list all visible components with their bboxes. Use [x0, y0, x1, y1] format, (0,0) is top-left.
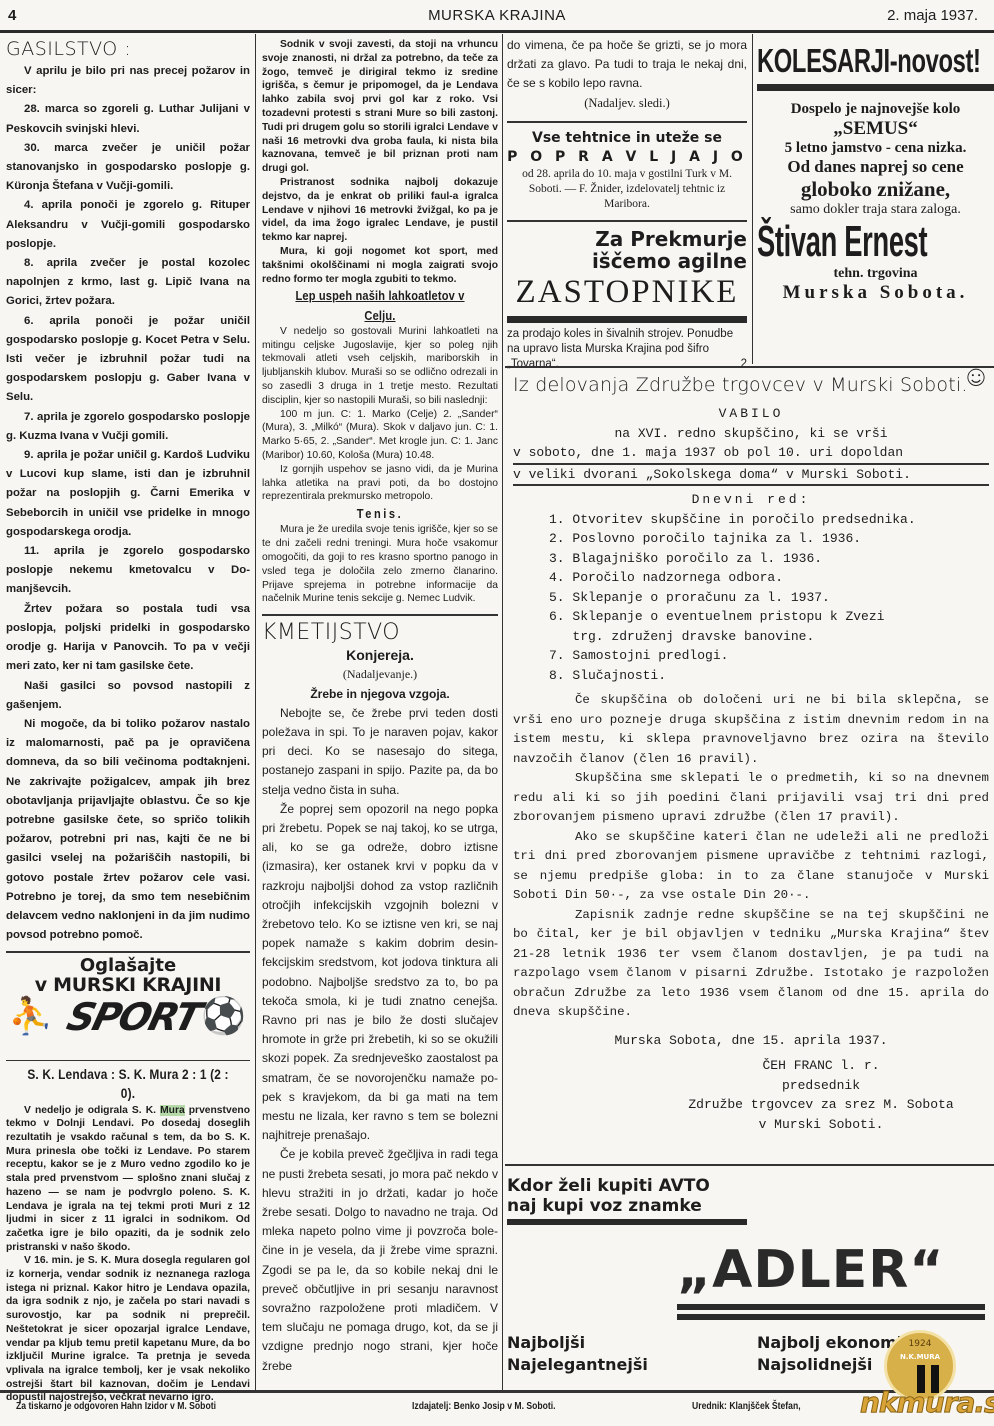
- ad-line: v MURSKI KRAJINI: [6, 976, 250, 996]
- paragraph: Če je kobila preveč žgečljiva in radi te…: [262, 1145, 498, 1375]
- paragraph: V nedeljo je odigrala S. K. Mura prven­s…: [6, 1104, 250, 1255]
- paragraph: V 16. min. je S. K. Mura dosegla regu­la…: [6, 1254, 250, 1405]
- column-divider: [255, 34, 256, 1390]
- ad-line: Kdor želi kupiti AVTO: [507, 1176, 989, 1196]
- invitation-line: v soboto, dne 1. maja 1937 ob pol 10. ur…: [513, 443, 989, 465]
- watermark-site: nkmura.si: [860, 1386, 994, 1419]
- notice-heading: Iz delovanja Združbe trgovcev v Murski S…: [513, 370, 989, 400]
- paragraph: 7. aprila je zgorelo gospodarsko poslopj…: [6, 408, 250, 446]
- agenda-list: 1. Otvoritev skupščine in poročilo preds…: [513, 510, 989, 686]
- sport-title: SPORT: [66, 1008, 202, 1027]
- continued-note: (Nadaljev. sledi.): [507, 94, 747, 113]
- signature-line: predsednik: [653, 1076, 989, 1096]
- paragraph: 9. aprila je požar uničil g. Kardoš Ludv…: [6, 446, 250, 542]
- divider: [505, 1164, 994, 1166]
- ad-line: Od danes naprej so cene: [757, 157, 994, 177]
- ad-headline: KOLESARJI-novost!: [757, 42, 928, 80]
- sport-banner: ⛹ SPORT ⚽: [6, 1002, 250, 1061]
- text: za prodajo koles in šivalnih strojev. Po…: [507, 328, 733, 370]
- agenda-item: 2. Poslovno poročilo tajnika za l. 1936.: [549, 529, 989, 549]
- gasilstvo-article: V aprilu je bilo pri nas precej po­žarov…: [6, 62, 250, 945]
- agenda-item: 3. Blagajniško poročilo za l. 1936.: [549, 549, 989, 569]
- ad-body: od 28. aprila do 10. maja v gostilni Tur…: [507, 167, 747, 212]
- paragraph: 8. aprila zvečer je postal kozolec napol…: [6, 254, 250, 312]
- paragraph: Če skupščina ob določeni uri ne bi bila …: [513, 691, 989, 769]
- section-heading-kmetijstvo: KMETIJSTVO: [262, 620, 498, 646]
- column-divider: [502, 34, 503, 1390]
- signature-line: Združbe trgovcev za srez M. Sobota: [653, 1095, 989, 1115]
- text: V nedeljo je odigrala S. K.: [24, 1105, 160, 1116]
- ad-brand: „ADLER“: [677, 1240, 944, 1300]
- nkmura-watermark[interactable]: 1924 N.K.MURA nkmura.si: [860, 1330, 990, 1426]
- agenda-item: 1. Otvoritev skupščine in poročilo preds…: [549, 510, 989, 530]
- paragraph: Zapisnik zadnje redne skupščine se na te…: [513, 906, 989, 1023]
- ad-kolesarji: KOLESARJI-novost! Dospelo je najnovejše …: [757, 36, 994, 304]
- kmetijstvo-article: Konjereja. (Nadaljevanje.) Žrebe in njeg…: [262, 646, 498, 1376]
- paragraph: 6. aprila ponoči je požar uničil gospoda…: [6, 312, 250, 408]
- ad-shop-name: Štivan Ernest: [757, 218, 904, 266]
- ad-line: Vse tehtnice in uteže se: [507, 129, 747, 148]
- divider: [6, 951, 250, 953]
- paragraph: Mura, ki goji nogomet kot sport, med tak…: [262, 245, 498, 286]
- invitation-line: v veliki dvorani „Sokolskega doma“ v Mur…: [513, 465, 989, 487]
- agenda-item: 8. Slučajnosti.: [549, 666, 989, 686]
- signature-block: ČEH FRANC l. r. predsednik Združbe trgov…: [513, 1056, 989, 1134]
- signature-line: v Murski Soboti.: [653, 1115, 989, 1135]
- paragraph: Iz gornjih uspehov se jasno vidi, da je …: [262, 463, 498, 504]
- invitation-title: VABILO: [513, 404, 989, 424]
- divider-bar: [507, 1219, 747, 1225]
- ad-line: 5 letno jamstvo - cena nizka.: [757, 140, 994, 157]
- paragraph: Že poprej sem opozoril na nego popka pri…: [262, 800, 498, 1146]
- ad-line: samo dokler traja stara zaloga.: [757, 202, 994, 218]
- ad-line: iščemo agilne: [507, 250, 747, 272]
- paragraph: 28. marca so zgoreli g. Luthar Ju­lijani…: [6, 100, 250, 138]
- tennis-heading: Tenis.: [280, 504, 481, 523]
- article-title: Konjereja.: [262, 646, 498, 665]
- section-heading-gasilstvo: GASILSTVO :: [6, 36, 250, 62]
- ad-claim: Najelegantnejši: [507, 1354, 648, 1376]
- ad-headline: ZASTOPNIKE: [507, 272, 747, 312]
- paragraph: Ni mogoče, da bi toliko požarov nastalo …: [6, 715, 250, 945]
- merchant-portrait-icon: ☺: [967, 370, 985, 390]
- paragraph: Sodnik v svoji zavesti, da stoji na vr­h…: [262, 38, 498, 176]
- ad-line: tehn. trgovina: [757, 266, 994, 282]
- agenda-item: 7. Samostojni predlogi.: [549, 646, 989, 666]
- masthead: 4 MURSKA KRAJINA 2. maja 1937.: [0, 0, 994, 33]
- publisher-credit: Izdajatelj: Benko Josip v M. Soboti.: [412, 1400, 556, 1412]
- ad-line: Dospelo je najnovejše kolo: [757, 101, 994, 118]
- issue-date: 2. maja 1937.: [887, 7, 978, 24]
- article-subheading: Žrebe in njegova vzgoja.: [262, 685, 498, 704]
- match-report-continued: Sodnik v svoji zavesti, da stoji na vr­h…: [262, 36, 498, 286]
- athletics-report: V nedeljo so gostovali Murini lahkoat­le…: [262, 325, 498, 504]
- ad-tehtnice: Vse tehtnice in uteže se P O P R A V L J…: [507, 129, 747, 212]
- paragraph: 30. marca zvečer je uničil požar stanova…: [6, 139, 250, 197]
- printer-credit: Za tiskarno je odgovoren Hahn Izidor v M…: [16, 1400, 216, 1412]
- paragraph: Skupščina sme sklepati le o predmetih, k…: [513, 769, 989, 828]
- article-subtitle: (Nadaljevanje.): [262, 665, 498, 684]
- paragraph: Nebojte se, če žrebe prvi teden dosti po…: [262, 704, 498, 800]
- editor-credit: Urednik: Klanjšček Štefan,: [692, 1400, 801, 1412]
- notice-body: Če skupščina ob določeni uri ne bi bila …: [513, 691, 989, 1023]
- match-report: V nedeljo je odigrala S. K. Mura prven­s…: [6, 1104, 250, 1405]
- ad-left-claims: Najboljši Najelegantnejši: [507, 1332, 648, 1376]
- ad-brand: „SEMUS“: [757, 118, 994, 140]
- divider-bar: [507, 316, 747, 323]
- newspaper-title: MURSKA KRAJINA: [0, 7, 994, 24]
- athletics-heading: Lep uspeh naših lahkoatletov v Celju.: [280, 286, 481, 324]
- ad-line: naj kupi voz znamke: [507, 1196, 989, 1216]
- divider-bar: [677, 1314, 985, 1320]
- column-divider: [752, 34, 753, 364]
- divider: [507, 121, 747, 123]
- column-2: Sodnik v svoji zavesti, da stoji na vr­h…: [262, 36, 498, 1376]
- ad-line: globoko znižane,: [757, 177, 994, 202]
- ad-claim: Najboljši: [507, 1332, 648, 1354]
- paragraph: 100 m jun. C: 1. Marko (Celje) 2. „Sande…: [262, 408, 498, 463]
- paragraph: Mura je že uredila svoje tenis igrišče, …: [262, 523, 498, 606]
- paragraph: 11. aprila je zgorelo gospodarsko poslop…: [6, 542, 250, 600]
- badge-year: 1924: [887, 1339, 953, 1349]
- ad-line: Za Prekmurje: [507, 228, 747, 250]
- column-3: do vimena, če pa hoče še grizti, se jo m…: [507, 36, 747, 372]
- signature-line: ČEH FRANC l. r.: [653, 1056, 989, 1076]
- agenda-item: 4. Poročilo nadzornega odbora.: [549, 568, 989, 588]
- paragraph: Žrtev požara so postala tudi vsa poslopj…: [6, 600, 250, 677]
- place-date: Murska Sobota, dne 15. aprila 1937.: [513, 1031, 989, 1051]
- divider: [507, 220, 747, 222]
- agenda-item: 6. Sklepanje o eventuelnem pristopu k Zv…: [549, 607, 989, 627]
- divider: [505, 366, 994, 368]
- divider: [262, 614, 498, 616]
- footer-rule: [0, 1390, 994, 1393]
- footballer-kicking-icon: ⚽: [201, 1006, 246, 1025]
- column-1: GASILSTVO : V aprilu je bilo pri nas pre…: [6, 36, 250, 1405]
- ad-line: P O P R A V L J A J O: [507, 148, 747, 167]
- tennis-report: Mura je že uredila svoje tenis igrišče, …: [262, 523, 498, 606]
- divider-bar: [757, 84, 994, 91]
- zdruzba-notice: Iz delovanja Združbe trgovcev v Murski S…: [513, 370, 989, 1134]
- paragraph: do vimena, če pa hoče še grizti, se jo m…: [507, 36, 747, 94]
- footballer-icon: ⛹: [8, 1006, 53, 1025]
- match-heading: S. K. Lendava : S. K. Mura 2 : 1 (2 : 0)…: [24, 1065, 231, 1103]
- paragraph: V nedeljo so gostovali Murini lahkoat­le…: [262, 325, 498, 408]
- invitation-line: na XVI. redno skupščino, ki se vrši: [513, 424, 989, 444]
- ad-line: Murska Sobota.: [757, 282, 994, 304]
- agenda-item: trg. združenj dravske banovine.: [549, 627, 989, 647]
- paragraph: Pristranost sodnika najbolj dokazuje dej…: [262, 176, 498, 245]
- paragraph: V aprilu je bilo pri nas precej po­žarov…: [6, 62, 250, 100]
- agenda-item: 5. Sklepanje o proračunu za l. 1937.: [549, 588, 989, 608]
- ad-oglasajte: Oglašajte v MURSKI KRAJINI: [6, 957, 250, 996]
- text: prven­stveno tekmo v Dolnji Lendavi. Po …: [6, 1105, 250, 1253]
- badge-club: N.K.MURA: [887, 1353, 953, 1361]
- highlighted-word: Mura: [160, 1105, 185, 1116]
- paragraph: Naši gasilci so povsod nastopili z gašen…: [6, 677, 250, 715]
- paragraph: 4. aprila ponoči je zgorelo g. Ri­tuper …: [6, 196, 250, 254]
- agenda-title: Dnevni red:: [513, 490, 989, 510]
- paragraph: Ako se skupščine kateri član ne udeleži …: [513, 828, 989, 906]
- divider-bar: [677, 1304, 985, 1310]
- ad-zastopnike: Za Prekmurje iščemo agilne ZASTOPNIKE za…: [507, 228, 747, 372]
